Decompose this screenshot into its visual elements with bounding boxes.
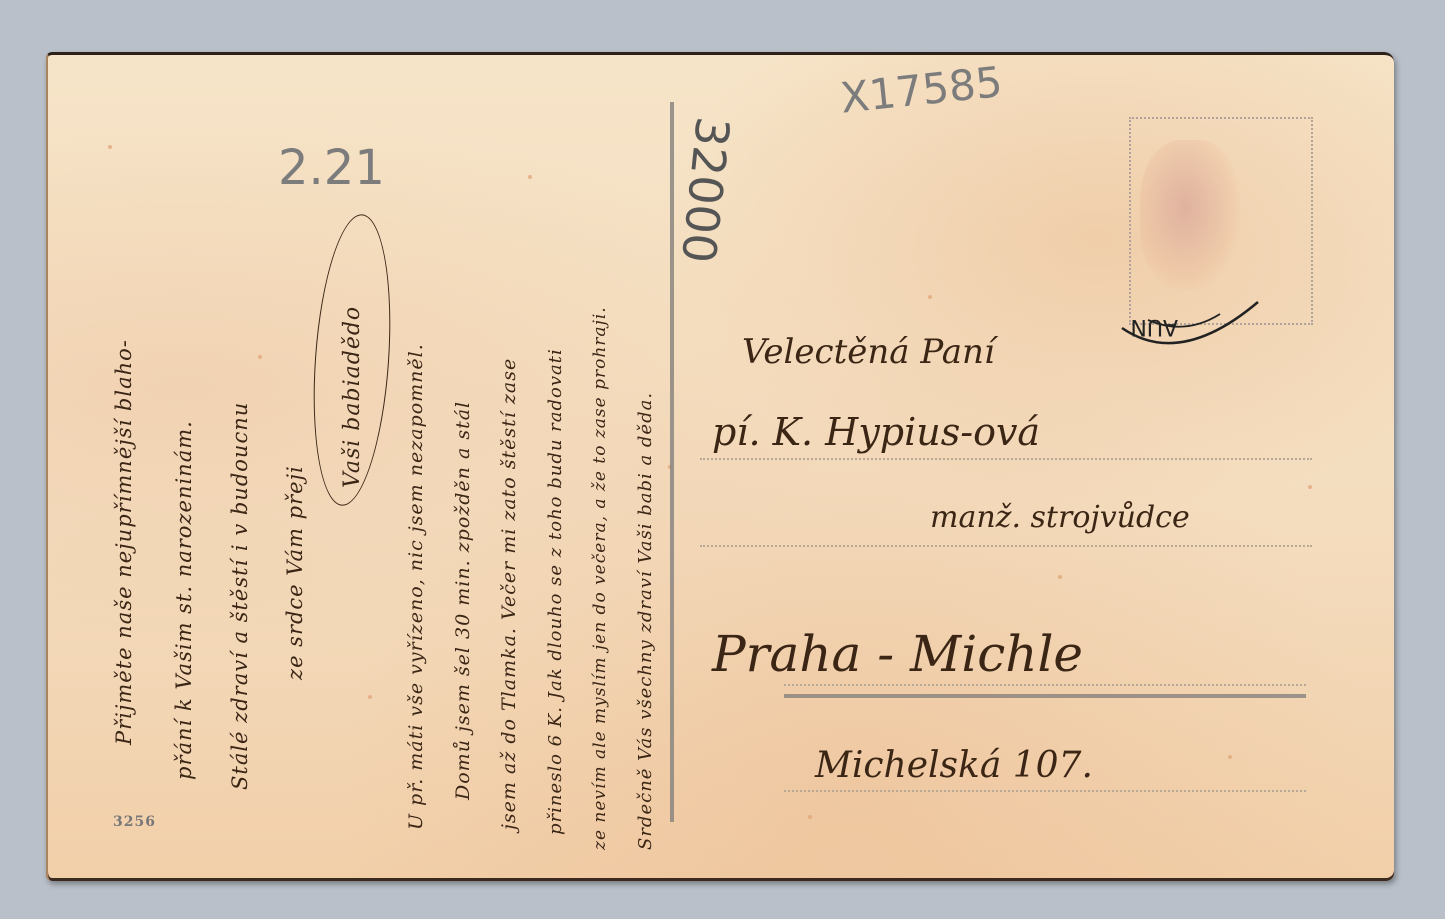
center-divider xyxy=(670,102,674,822)
signature: Vaši babiadědo xyxy=(340,306,365,488)
pencil-date-mark: 2.21 xyxy=(278,140,385,196)
address-line-3 xyxy=(784,684,1306,686)
message-line-7: jsem až do Tlamka. Večer mi zato štěstí … xyxy=(498,358,520,830)
postmark-icon: AUN xyxy=(1120,298,1260,358)
address-underline xyxy=(784,694,1306,698)
message-line-5: U př. máti vše vyřízeno, nic jsem nezapo… xyxy=(405,343,427,830)
address-line-4 xyxy=(784,790,1306,792)
print-number: 3256 xyxy=(113,814,156,830)
message-line-10: Srdečně Vás všechny zdraví Vaši babi a d… xyxy=(635,392,656,850)
message-line-3: Stálé zdraví a štěstí i v budoucnu xyxy=(228,402,252,790)
address-line-2 xyxy=(700,545,1312,547)
message-line-4: ze srdce Vám přeji xyxy=(283,465,307,680)
address-name: pí. K. Hypius-ová xyxy=(712,410,1040,454)
stamp-residue xyxy=(1140,140,1240,290)
message-line-1: Přijměte naše nejupřímnější blaho- xyxy=(112,339,136,745)
address-street: Michelská 107. xyxy=(815,745,1093,786)
address-city: Praha - Michle xyxy=(712,625,1083,683)
address-line-1 xyxy=(700,458,1312,460)
address-title: manž. strojvůdce xyxy=(930,500,1190,535)
address-salutation: Velectěná Paní xyxy=(742,332,995,372)
svg-text:AUN: AUN xyxy=(1130,314,1178,339)
message-line-8: přineslo 6 K. Jak dlouho se z toho budu … xyxy=(545,348,566,835)
message-line-9: ze nevím ale myslím jen do večera, a že … xyxy=(590,306,610,850)
message-line-2: přání k Vašim st. narozeninám. xyxy=(172,420,196,780)
message-line-6: Domů jsem šel 30 min. zpožděn a stál xyxy=(452,401,474,800)
